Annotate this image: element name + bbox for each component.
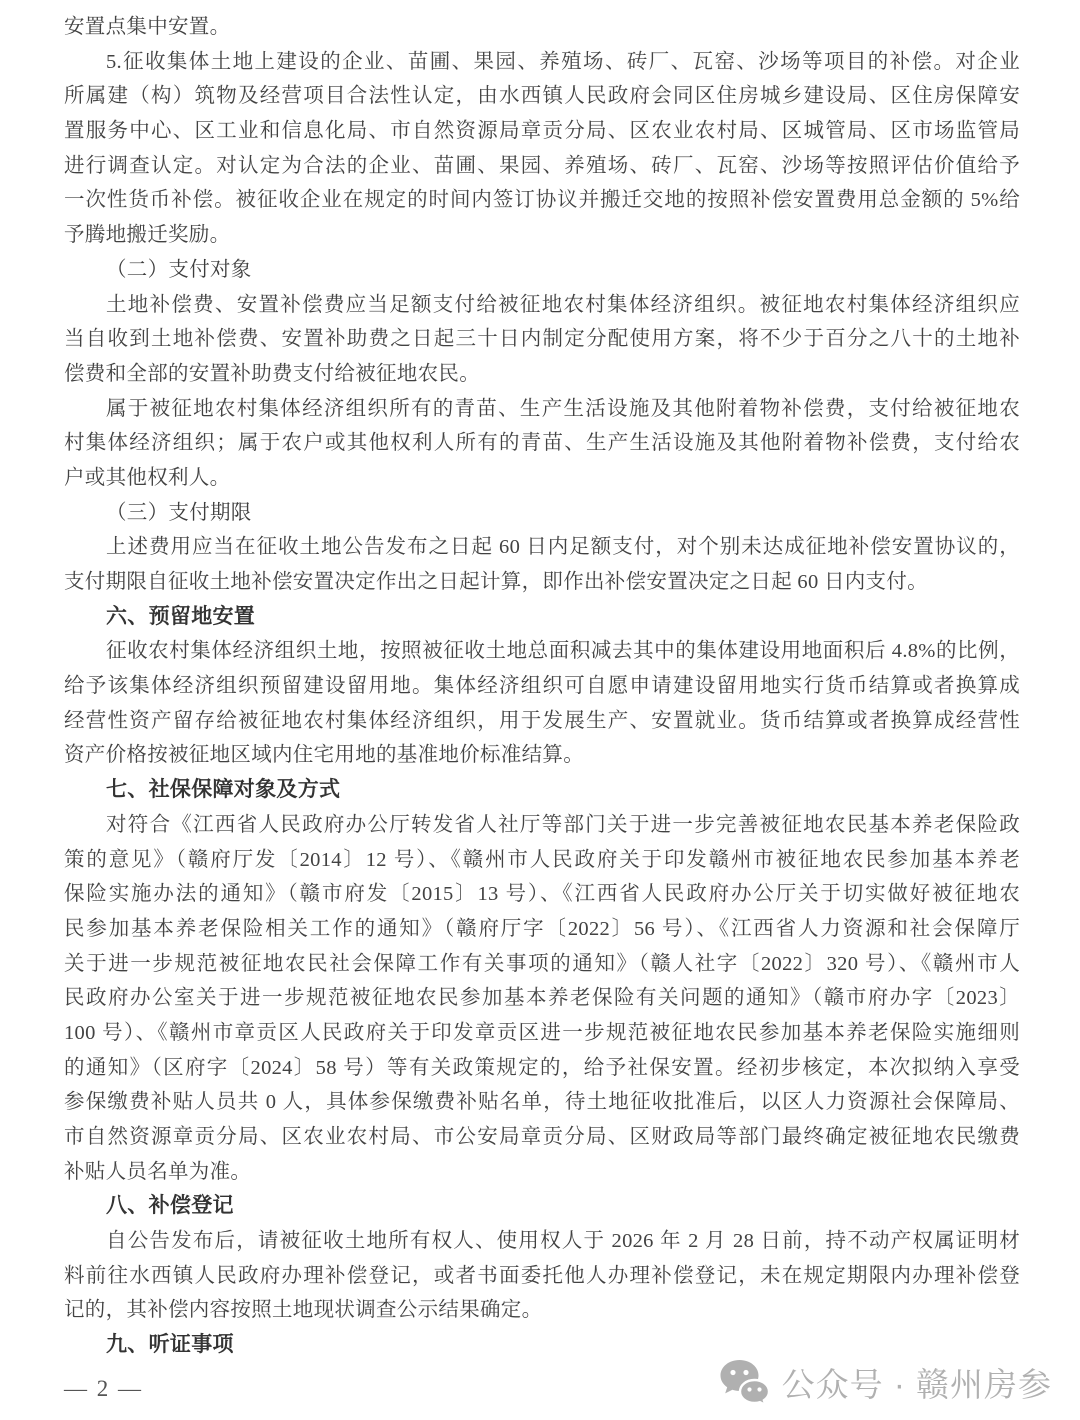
text-line: 上述费用应当在征收土地公告发布之日起 60 日内足额支付，对个别未达成征地补偿安… [64,530,1020,565]
text-line: 给予该集体经济组织预留建设留用地。集体经济组织可自愿申请建设留用地实行货币结算或… [64,669,1020,704]
wechat-icon [718,1358,770,1406]
text-line: 保险实施办法的通知》（赣市府发〔2015〕13 号）、《江西省人民政府办公厅关于… [64,877,1020,912]
text-line: 征收农村集体经济组织土地，按照被征收土地总面积减去其中的集体建设用地面积后 4.… [64,634,1020,669]
text-line: 置服务中心、区工业和信息化局、市自然资源局章贡分局、区农业农村局、区城管局、区市… [64,114,1020,149]
text-line: 参保缴费补贴人员共 0 人，具体参保缴费补贴名单，待土地征收批准后，以区人力资源… [64,1085,1020,1120]
text-line: 料前往水西镇人民政府办理补偿登记，或者书面委托他人办理补偿登记，未在规定期限内办… [64,1259,1020,1294]
text-line: 市自然资源章贡分局、区农业农村局、市公安局章贡分局、区财政局等部门最终确定被征地… [64,1120,1020,1155]
section-heading: 七、社保保障对象及方式 [64,773,1020,808]
text-line: 户或其他权利人。 [64,461,1020,496]
text-line: 一次性货币补偿。被征收企业在规定的时间内签订协议并搬迁交地的按照补偿安置费用总金… [64,183,1020,218]
text-line: 补贴人员名单为准。 [64,1155,1020,1190]
text-line: 自公告发布后，请被征收土地所有权人、使用权人于 2026 年 2 月 28 日前… [64,1224,1020,1259]
text-line: 属于被征地农村集体经济组织所有的青苗、生产生活设施及其他附着物补偿费，支付给被征… [64,392,1020,427]
text-line: 安置点集中安置。 [64,10,1020,45]
text-line: 的通知》（区府字〔2024〕58 号）等有关政策规定的，给予社保安置。经初步核定… [64,1051,1020,1086]
text-line: 村集体经济组织；属于农户或其他权利人所有的青苗、生产生活设施及其他附着物补偿费，… [64,426,1020,461]
text-line: 民政府办公室关于进一步规范被征地农民参加基本养老保险有关问题的通知》（赣市府办字… [64,981,1020,1016]
page-number: — 2 — [64,1376,143,1402]
section-heading: 八、补偿登记 [64,1189,1020,1224]
section-heading: 六、预留地安置 [64,600,1020,635]
document-body: 安置点集中安置。5.征收集体土地上建设的企业、苗圃、果园、养殖场、砖厂、瓦窑、沙… [64,10,1020,1363]
text-line: 进行调查认定。对认定为合法的企业、苗圃、果园、养殖场、砖厂、瓦窑、沙场等按照评估… [64,149,1020,184]
text-line: 所属建（构）筑物及经营项目合法性认定，由水西镇人民政府会同区住房城乡建设局、区住… [64,79,1020,114]
text-line: 民参加基本养老保险相关工作的通知》（赣府厅字〔2022〕56 号）、《江西省人力… [64,912,1020,947]
text-line: 5.征收集体土地上建设的企业、苗圃、果园、养殖场、砖厂、瓦窑、沙场等项目的补偿。… [64,45,1020,80]
text-line: 土地补偿费、安置补偿费应当足额支付给被征地农村集体经济组织。被征地农村集体经济组… [64,288,1020,323]
watermark: 公众号 · 赣州房参 [718,1358,1052,1406]
text-line: 经营性资产留存给被征地农村集体经济组织，用于发展生产、安置就业。货币结算或者换算… [64,704,1020,739]
text-line: 对符合《江西省人民政府办公厅转发省人社厅等部门关于进一步完善被征地农民基本养老保… [64,808,1020,843]
text-line: 支付期限自征收土地补偿安置决定作出之日起计算，即作出补偿安置决定之日起 60 日… [64,565,1020,600]
watermark-label: 公众号 · 赣州房参 [782,1359,1052,1406]
sub-heading: （三）支付期限 [64,496,1020,531]
document-page: 安置点集中安置。5.征收集体土地上建设的企业、苗圃、果园、养殖场、砖厂、瓦窑、沙… [0,0,1080,1420]
text-line: 偿费和全部的安置补助费支付给被征地农民。 [64,357,1020,392]
text-line: 策的意见》（赣府厅发〔2014〕12 号）、《赣州市人民政府关于印发赣州市被征地… [64,843,1020,878]
text-line: 予腾地搬迁奖励。 [64,218,1020,253]
text-line: 当自收到土地补偿费、安置补助费之日起三十日内制定分配使用方案，将不少于百分之八十… [64,322,1020,357]
text-line: 关于进一步规范被征地农民社会保障工作有关事项的通知》（赣人社字〔2022〕320… [64,947,1020,982]
sub-heading: （二）支付对象 [64,253,1020,288]
text-line: 100 号）、《赣州市章贡区人民政府关于印发章贡区进一步规范被征地农民参加基本养… [64,1016,1020,1051]
text-line: 资产价格按被征地区域内住宅用地的基准地价标准结算。 [64,738,1020,773]
text-line: 记的，其补偿内容按照土地现状调查公示结果确定。 [64,1293,1020,1328]
